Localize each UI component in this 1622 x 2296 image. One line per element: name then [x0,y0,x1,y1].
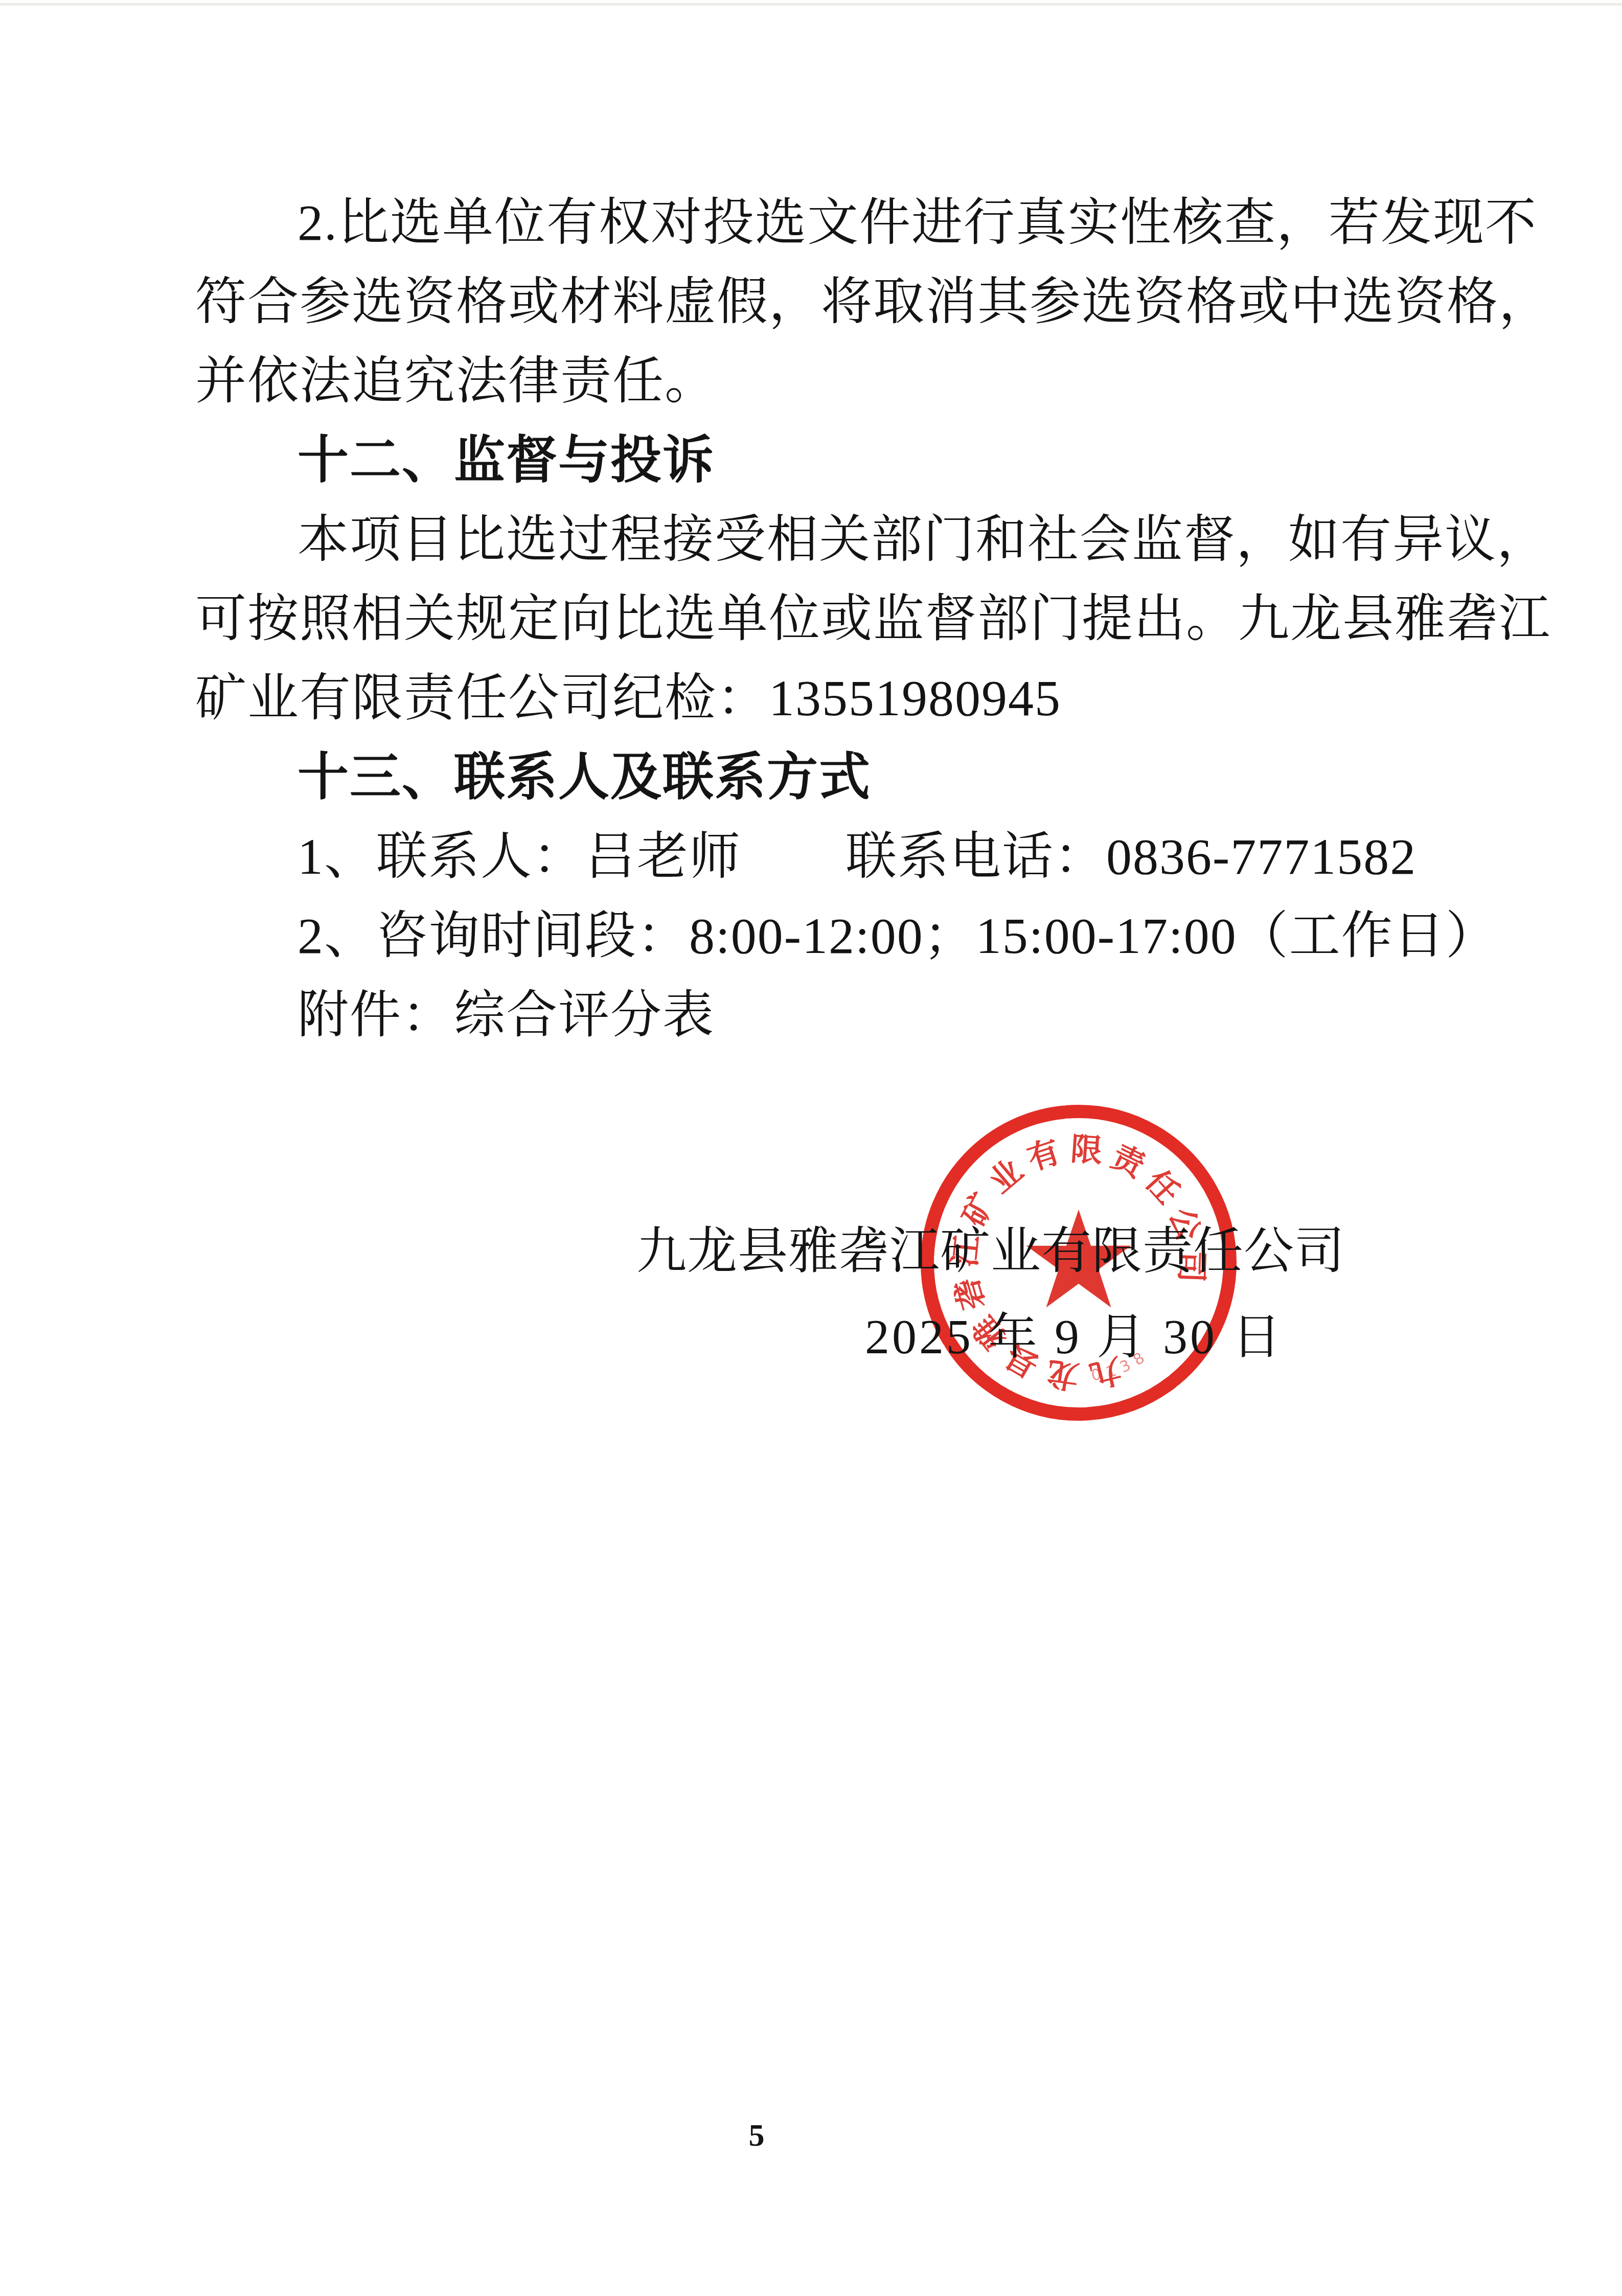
contact-hours-line: 2、咨询时间段：8:00-12:00；15:00-17:00（工作日） [195,896,1509,975]
scan-edge-artifact [0,3,1622,6]
body-line: 符合参选资格或材料虚假，将取消其参选资格或中选资格， [195,262,1509,342]
body-line: 本项目比选过程接受相关部门和社会监督，如有异议， [195,500,1509,579]
seal-arc-char: 责 [1106,1139,1151,1185]
page-number: 5 [735,2118,778,2154]
signature-date: 2025 年 9 月 30 日 [865,1298,1284,1368]
attachment-line: 附件：综合评分表 [195,975,1509,1055]
document-body: 2.比选单位有权对投选文件进行真实性核查，若发现不 符合参选资格或材料虚假，将取… [195,183,1509,1055]
document-page: 2.比选单位有权对投选文件进行真实性核查，若发现不 符合参选资格或材料虚假，将取… [0,0,1622,2296]
seal-arc-char: 任 [1138,1164,1186,1211]
seal-arc-char: 限 [1069,1132,1104,1169]
body-line: 并依法追究法律责任。 [195,342,1509,421]
body-line: 矿业有限责任公司纪检：13551980945 [195,658,1509,738]
body-line: 可按照相关规定向比选单位或监督部门提出。九龙县雅砻江 [195,579,1509,658]
signature-company: 九龙县雅砻江矿业有限责任公司 [636,1211,1345,1283]
contact-person-line: 1、联系人：吕老师 联系电话：0836-7771582 [195,817,1509,896]
section-heading-13: 十三、联系人及联系方式 [195,738,1509,817]
body-line: 2.比选单位有权对投选文件进行真实性核查，若发现不 [195,183,1509,262]
seal-arc-char: 有 [1023,1134,1064,1177]
seal-arc-char: 业 [983,1153,1030,1200]
section-heading-12: 十二、监督与投诉 [195,421,1509,500]
